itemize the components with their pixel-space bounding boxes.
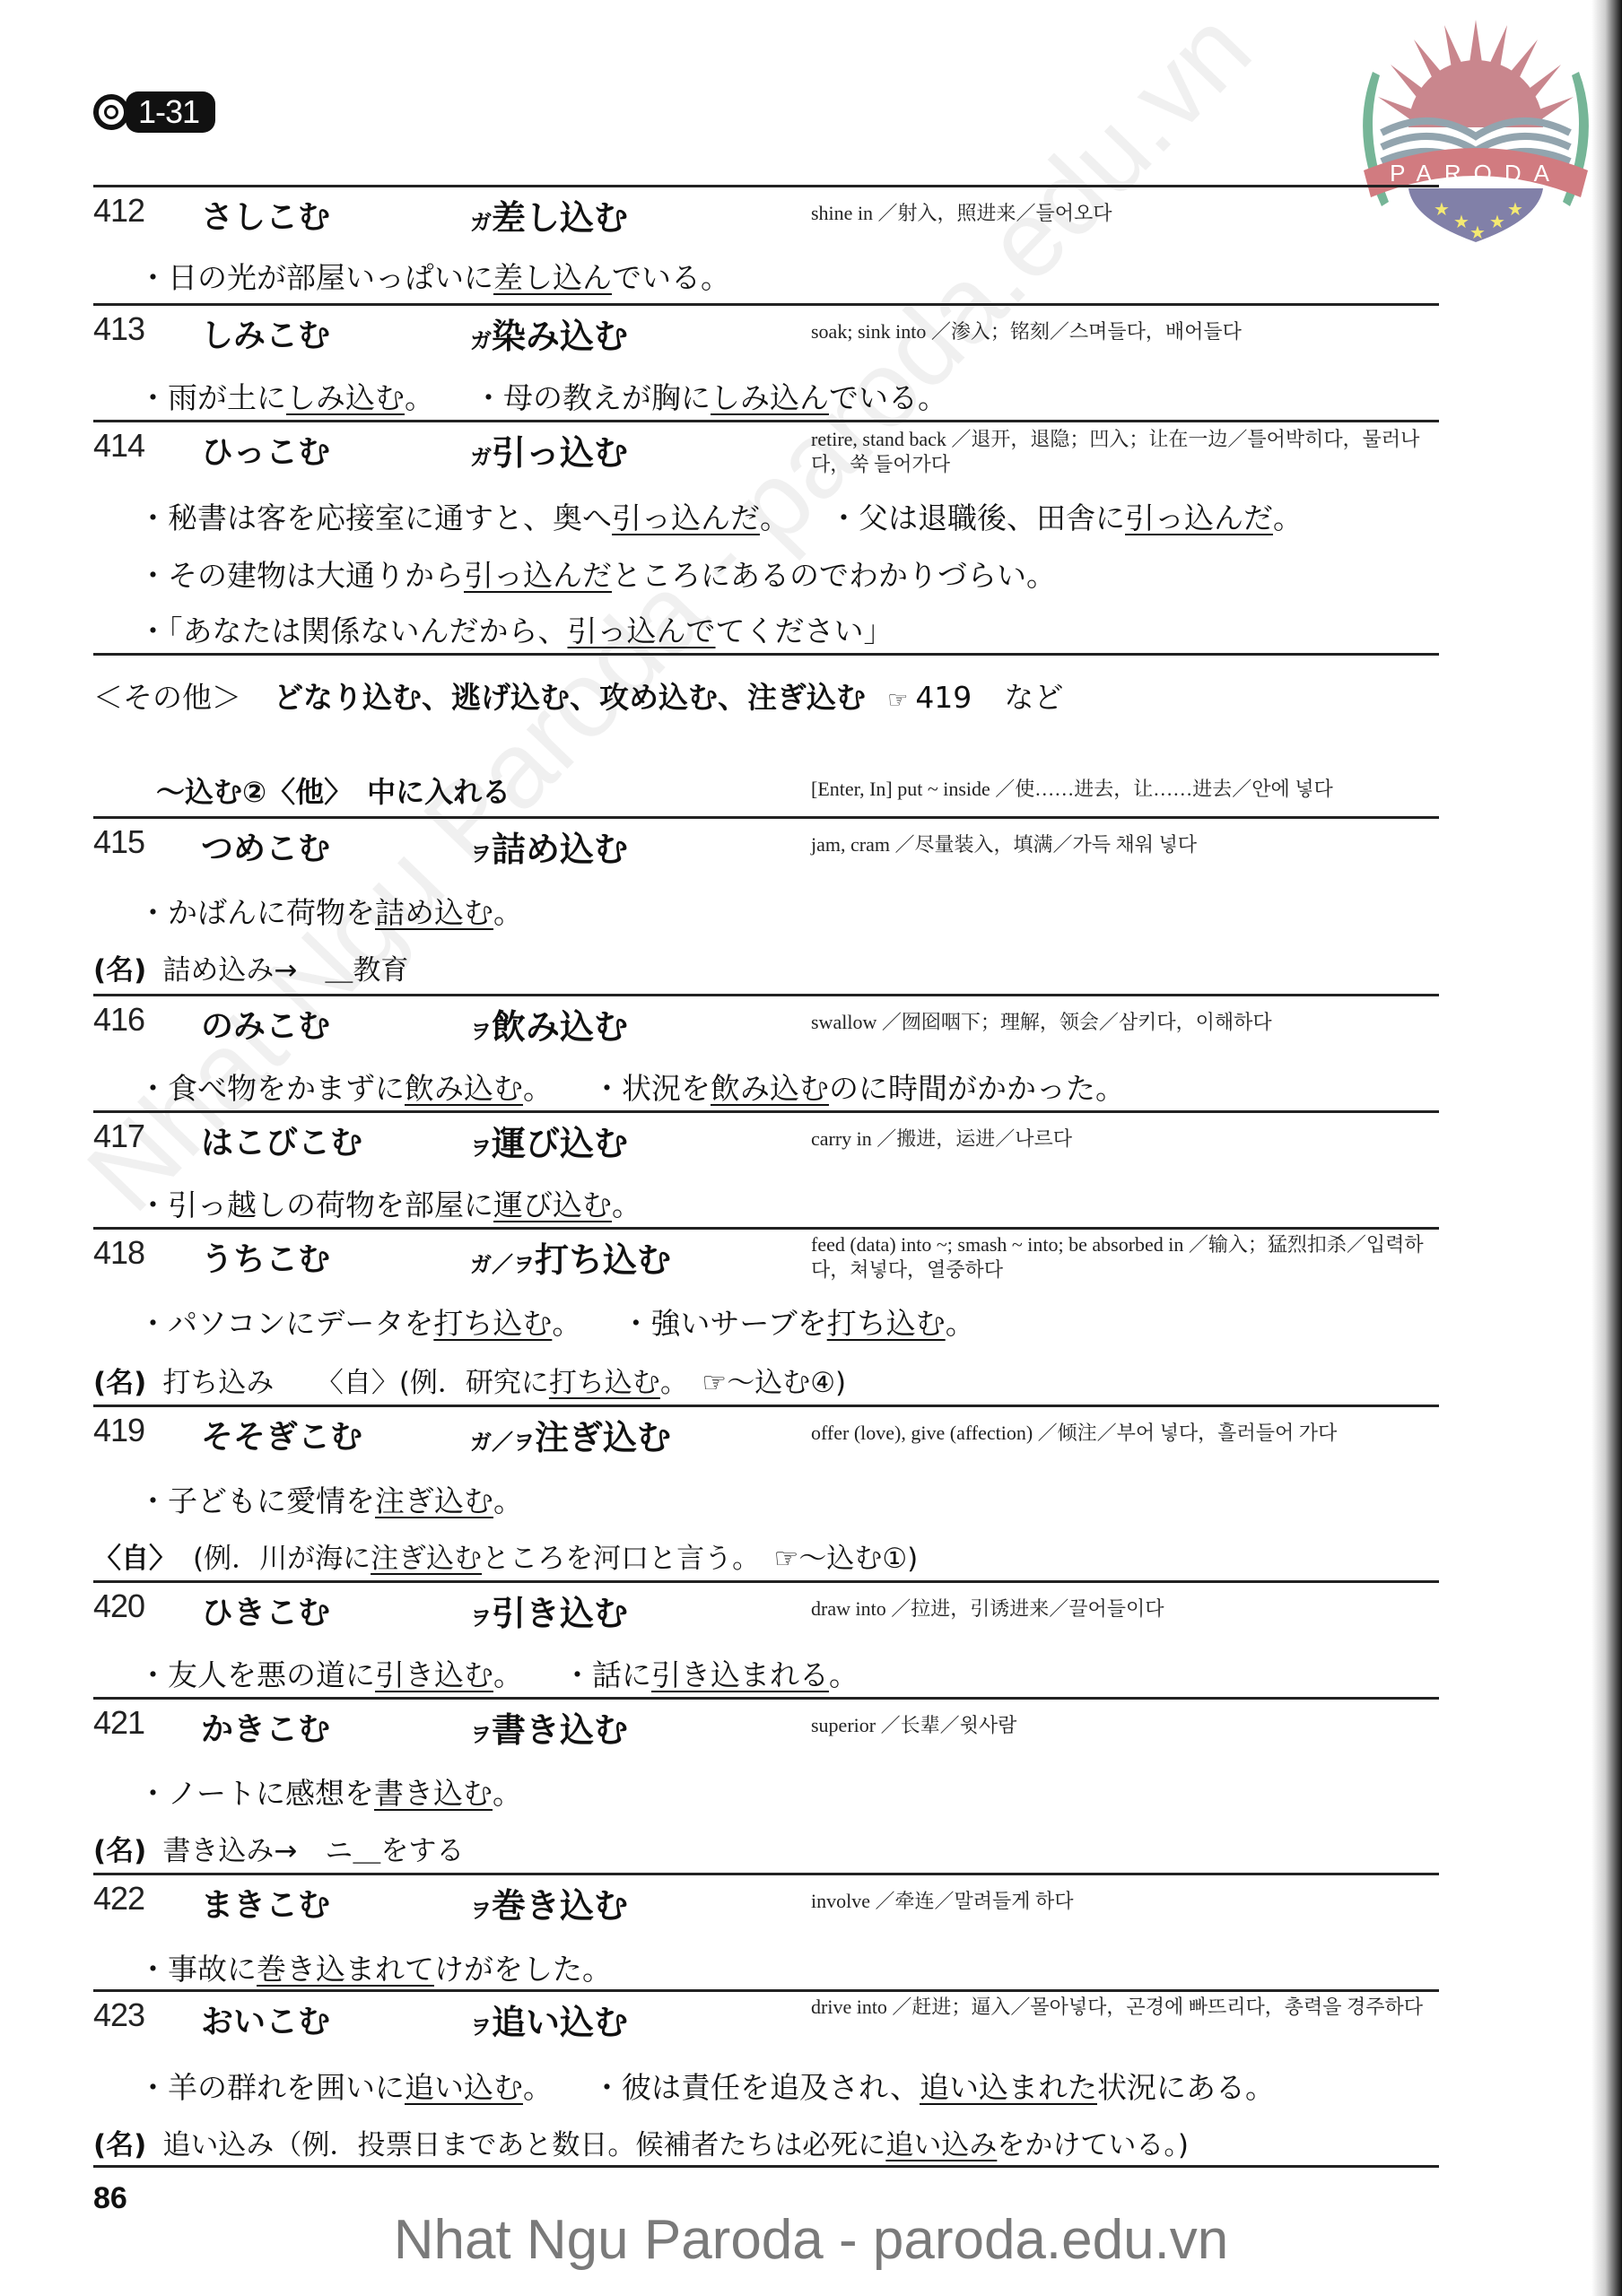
divider <box>93 1697 1439 1700</box>
cd-disc-icon <box>93 94 129 130</box>
noun-form-note: (名)打ち込み 〈自〉(例．研究に打ち込む。 ☞～込む④) <box>93 1360 846 1400</box>
noun-form-note: (名)追い込み（例．投票日まであと数日。候補者たちは必死に追い込みをかけている。… <box>93 2122 1189 2162</box>
entry-translation: swallow ／囫囵咽下；理解，领会／삼키다，이해하다 <box>811 1010 1439 1035</box>
entry-number: 422 <box>93 1880 144 1918</box>
entry-word: ガ差し込む <box>470 190 628 239</box>
entry-reading: まきこむ <box>201 1880 330 1926</box>
pointing-hand-icon: ☞ <box>887 687 908 714</box>
entry-word: ヲ巻き込む <box>470 1878 628 1927</box>
entry-translation: drive into ／赶进；逼入／몰아넣다，곤경에 빠뜨리다，총력을 경주하다 <box>811 1995 1439 2020</box>
noun-form-note: (名)詰め込み→ ＿教育 <box>93 947 408 987</box>
entry-reading: はこびこむ <box>201 1118 362 1163</box>
intransitive-note: 〈自〉(例．川が海に注ぎ込むところを河口と言う。 ☞～込む①) <box>93 1535 918 1576</box>
entry-word: ヲ詰め込む <box>470 822 628 871</box>
example-sentence: ・引っ越しの荷物を部屋に運び込む。 <box>138 1182 641 1224</box>
entry-number: 415 <box>93 823 144 861</box>
entry-translation: retire, stand back ／退开，退隐；凹入；让在一边／틀어박히다，… <box>811 427 1439 477</box>
entry-reading: おいこむ <box>201 1996 330 2042</box>
track-number: 1-31 <box>126 91 215 133</box>
entry-kanji: 差し込む <box>492 198 628 238</box>
entry-word: ヲ運び込む <box>470 1116 628 1165</box>
footer-watermark: Nhat Ngu Paroda - paroda.edu.vn <box>0 2208 1622 2272</box>
section-translation: [Enter, In] put ~ inside ／使……进去，让……进去／안에… <box>811 777 1439 802</box>
particle-marker: ガ <box>470 210 492 235</box>
entry-word: ガ染み込む <box>470 309 628 358</box>
audio-track-badge: 1-31 <box>93 91 215 133</box>
other-label: ＜その他＞ <box>93 680 241 715</box>
example-sentence: ・子どもに愛情を注ぎ込む。 <box>138 1478 523 1520</box>
entry-translation: draw into ／拉进，引诱进来／끌어들이다 <box>811 1596 1439 1622</box>
entry-word: ヲ書き込む <box>470 1702 628 1752</box>
entry-translation: offer (love), give (affection) ／倾注／부어 넣다… <box>811 1421 1439 1446</box>
svg-text:★: ★ <box>1469 222 1486 243</box>
example-sentence: ・その建物は大通りから引っ込んだところにあるのでわかりづらい。 <box>138 552 1056 595</box>
entry-reading: さしこむ <box>201 192 330 238</box>
entry-word: ヲ飲み込む <box>470 999 628 1048</box>
entry-translation: carry in ／搬进，运进／나르다 <box>811 1126 1439 1152</box>
entry-number: 419 <box>93 1412 144 1449</box>
entry-number: 418 <box>93 1234 144 1272</box>
entry-reading: ひっこむ <box>201 427 330 473</box>
entry-number: 420 <box>93 1587 144 1625</box>
entry-word: ガ引っ込む <box>470 425 628 474</box>
entry-number: 417 <box>93 1118 144 1155</box>
entry-number: 414 <box>93 427 144 465</box>
divider <box>93 994 1439 996</box>
entry-word: ヲ引き込む <box>470 1586 628 1635</box>
svg-text:★: ★ <box>1489 211 1505 232</box>
example-sentence: ・友人を悪の道に引き込む。・話に引き込まれる。 <box>138 1652 859 1694</box>
divider <box>93 1110 1439 1113</box>
entry-translation: feed (data) into ~; smash ~ into; be abs… <box>811 1232 1439 1283</box>
divider <box>93 1873 1439 1875</box>
divider <box>93 816 1439 819</box>
divider <box>93 1989 1439 1992</box>
svg-text:★: ★ <box>1453 211 1469 232</box>
entry-reading: うちこむ <box>201 1234 330 1280</box>
entry-translation: involve ／牵连／말려들게 하다 <box>811 1889 1439 1914</box>
entry-number: 423 <box>93 1996 144 2034</box>
cross-reference[interactable]: 419 <box>915 680 972 715</box>
example-sentence: ・雨が土にしみ込む。・母の教えが胸にしみ込んでいる。 <box>138 375 947 417</box>
entry-translation: shine in ／射入，照进来／들어오다 <box>811 201 1439 226</box>
other-compounds-line: ＜その他＞どなり込む、逃げ込む、攻め込む、注ぎ込む☞419など <box>93 674 1063 717</box>
page-edge-shadow <box>1591 0 1622 2296</box>
example-sentence: ・事故に巻き込まれてけがをした。 <box>138 1946 612 1988</box>
entry-reading: つめこむ <box>201 823 330 869</box>
example-sentence: ・日の光が部屋いっぱいに差し込んでいる。 <box>138 255 730 297</box>
example-sentence: ・ノートに感想を書き込む。 <box>138 1770 522 1813</box>
svg-text:★: ★ <box>1507 198 1523 220</box>
section-title: ～込む②〈他〉 中に入れる <box>156 770 510 811</box>
vocabulary-page: Nhat Ngu Paroda - paroda.edu.vn 1-31 <box>0 0 1622 2296</box>
entry-reading: そそぎこむ <box>201 1412 362 1457</box>
divider <box>93 185 1439 187</box>
divider <box>93 420 1439 422</box>
divider <box>93 1227 1439 1230</box>
entry-word: ガ／ヲ打ち込む <box>470 1232 671 1282</box>
entry-number: 421 <box>93 1704 144 1742</box>
example-sentence: ・秘書は客を応接室に通すと、奥へ引っ込んだ。・父は退職後、田舎に引っ込んだ。 <box>138 495 1303 537</box>
entry-number: 416 <box>93 1001 144 1039</box>
entry-reading: のみこむ <box>201 1001 330 1047</box>
entry-reading: ひきこむ <box>201 1587 330 1633</box>
entry-reading: しみこむ <box>201 310 330 356</box>
divider <box>93 653 1439 656</box>
example-sentence: ・かばんに荷物を詰め込む。 <box>138 890 523 932</box>
entry-word: ガ／ヲ注ぎ込む <box>470 1410 671 1459</box>
example-sentence: ・食べ物をかまずに飲み込む。・状況を飲み込むのに時間がかかった。 <box>138 1065 1125 1108</box>
entry-number: 413 <box>93 310 144 348</box>
entry-number: 412 <box>93 192 144 230</box>
divider <box>93 2165 1439 2168</box>
entry-reading: かきこむ <box>201 1704 330 1750</box>
entry-translation: superior ／长辈／윗사람 <box>811 1713 1439 1738</box>
entry-word: ヲ追い込む <box>470 1995 628 2044</box>
entry-translation: soak; sink into ／渗入；铭刻／스며들다，배어들다 <box>811 319 1439 344</box>
divider <box>93 1580 1439 1583</box>
noun-form-note: (名)書き込み→ ニ＿をする <box>93 1828 464 1868</box>
example-sentence: ・「あなたは関係ないんだから、引っ込んでてください」 <box>138 608 894 650</box>
example-sentence: ・羊の群れを囲いに追い込む。・彼は責任を追及され、追い込まれた状況にある。 <box>138 2065 1275 2107</box>
divider <box>93 303 1439 306</box>
other-words: どなり込む、逃げ込む、攻め込む、注ぎ込む <box>274 680 866 715</box>
logo-text: PARODA <box>1390 160 1562 187</box>
entry-translation: jam, cram ／尽量装入，填满／가득 채워 넣다 <box>811 832 1439 857</box>
example-sentence: ・パソコンにデータを打ち込む。・強いサーブを打ち込む。 <box>138 1300 975 1343</box>
divider <box>93 1405 1439 1407</box>
